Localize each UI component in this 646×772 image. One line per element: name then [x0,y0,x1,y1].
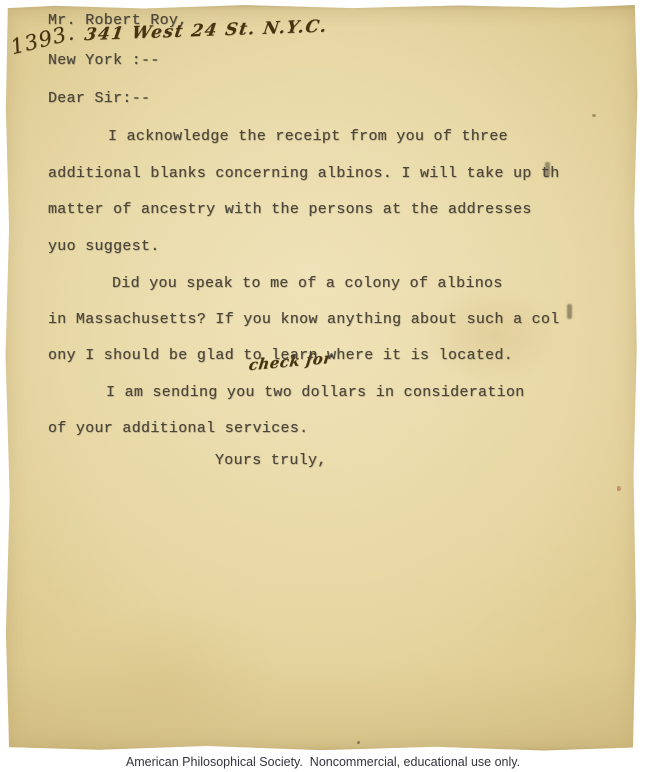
closing-line: Yours truly, [215,452,327,470]
body-line: I acknowledge the receipt from you of th… [108,128,508,146]
body-line: in Massachusetts? If you know anything a… [48,311,560,329]
body-line: Did you speak to me of a colony of albin… [112,275,503,293]
body-line: ony I should be glad to learn where it i… [48,347,513,365]
body-line: of your additional services. [48,420,308,438]
ink-smudge [545,162,550,177]
attribution-footer: American Philosophical Society. Noncomme… [0,752,646,772]
scanned-letter-page: 1393. 341 West 24 St. N.Y.C. check for M… [0,0,646,772]
paper-speck [357,741,360,744]
paper-stain [64,604,284,744]
salutation-line: Dear Sir:-- [48,90,150,108]
recipient-line: Mr. Robert Roy, [48,12,188,30]
paper-speck [617,486,621,491]
ink-smudge [567,304,572,319]
letter-paper [4,4,638,752]
body-line: yuo suggest. [48,238,160,256]
paper-speck [592,114,596,117]
body-line: matter of ancestry with the persons at t… [48,201,532,219]
attribution-text: American Philosophical Society. Noncomme… [126,755,520,769]
body-line: additional blanks concerning albinos. I … [48,165,560,183]
paper-stain [424,284,564,384]
body-line: I am sending you two dollars in consider… [106,384,525,402]
city-line: New York :-- [48,52,160,70]
